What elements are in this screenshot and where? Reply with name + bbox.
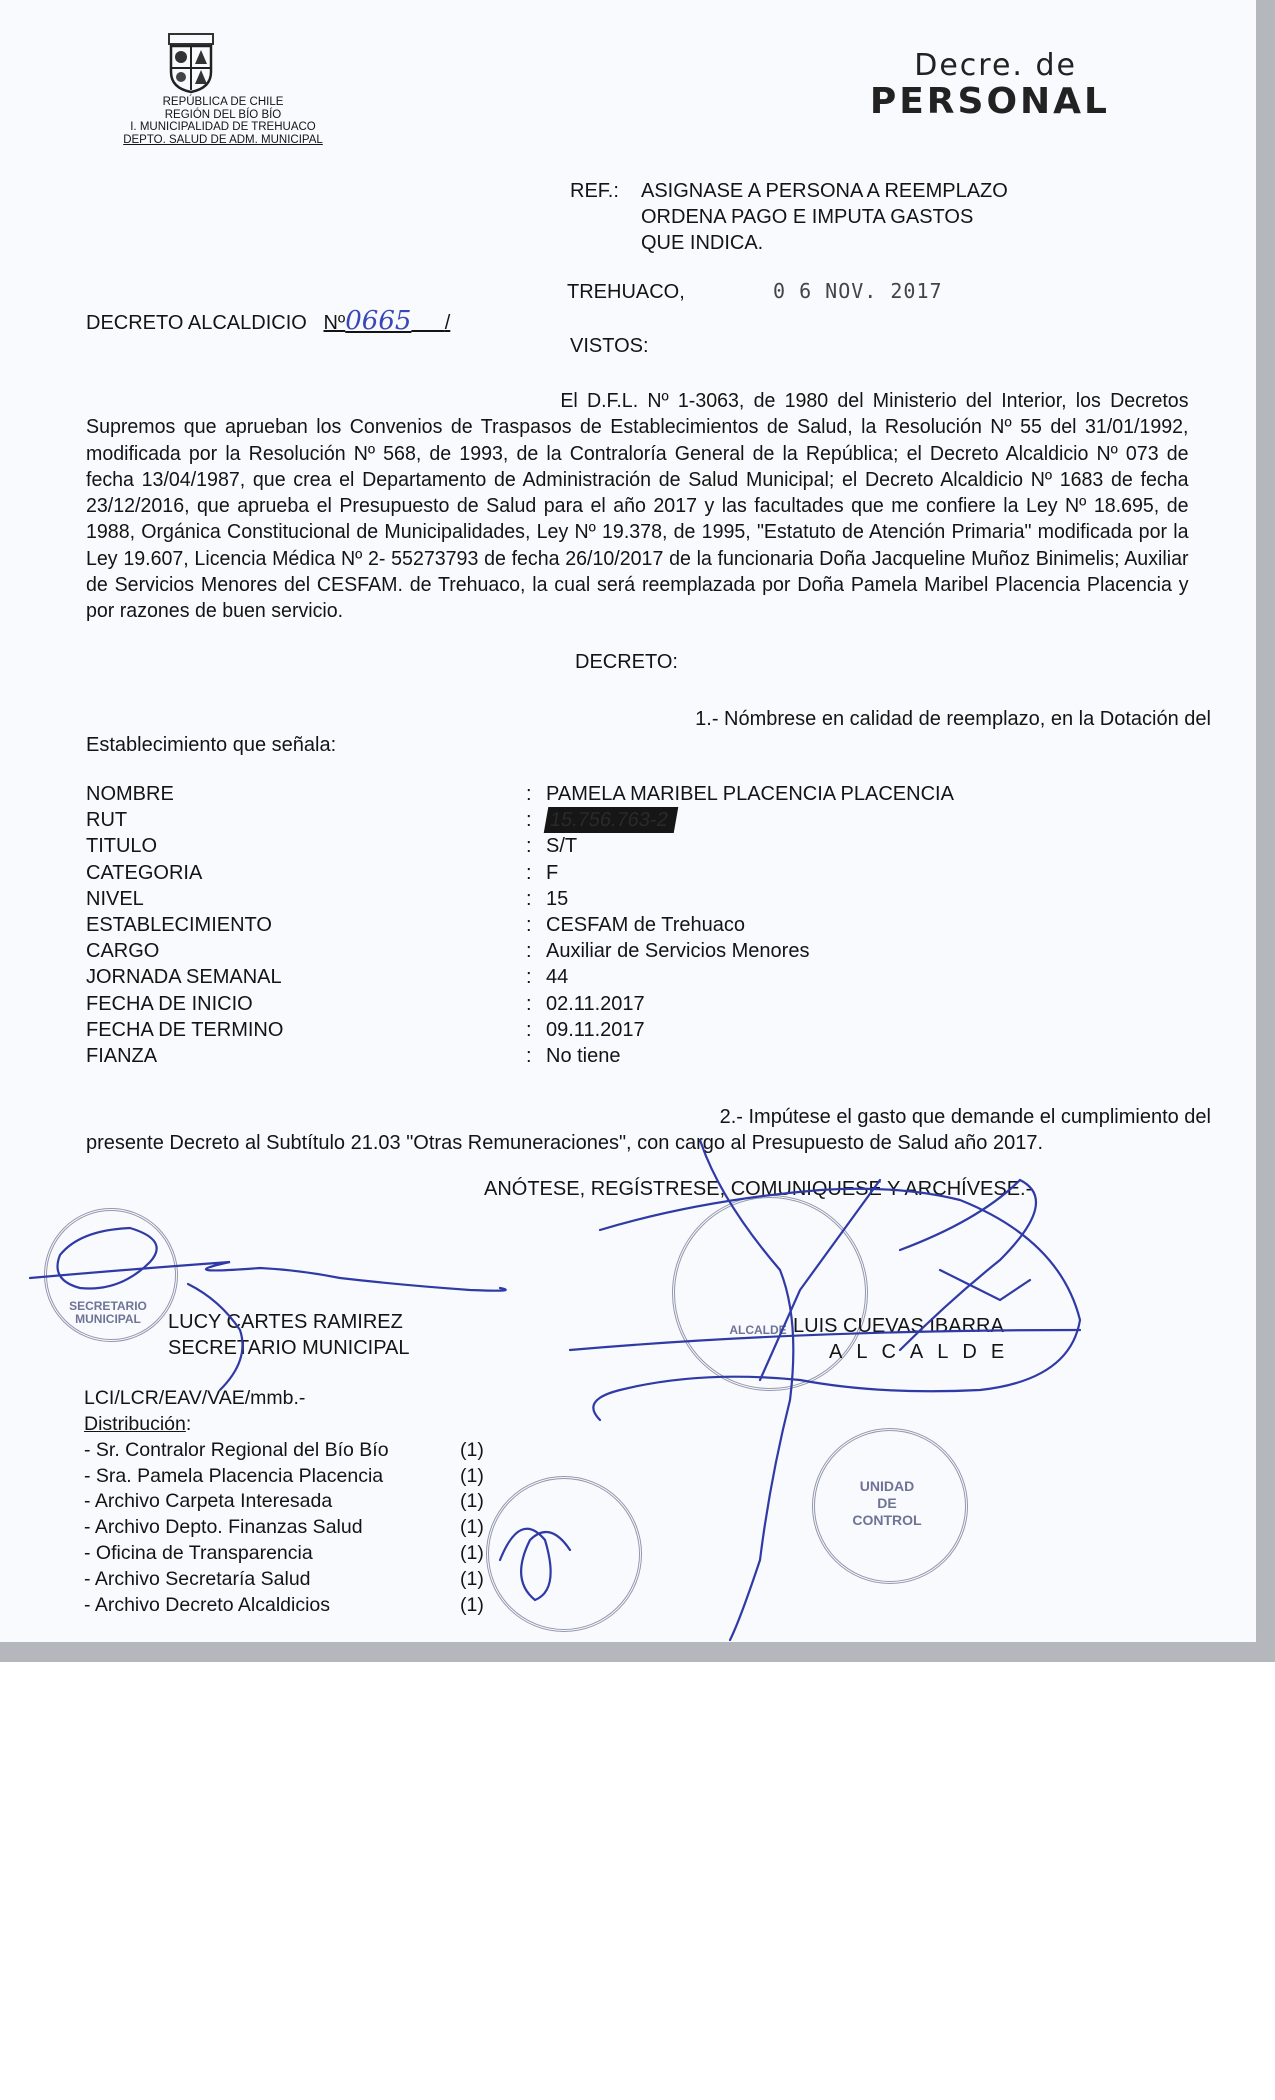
decree-label: DECRETO ALCALDICIO xyxy=(86,312,307,334)
field-row-titulo: TITULO:S/T xyxy=(86,833,954,859)
date-stamp: 0 6 NOV. 2017 xyxy=(773,279,943,303)
vistos-heading: VISTOS: xyxy=(570,335,649,358)
field-row-establecimiento: ESTABLECIMIENTO:CESFAM de Trehuaco xyxy=(86,912,954,938)
distribution-item: - Sr. Contralor Regional del Bío Bío(1) xyxy=(84,1438,484,1464)
number-sign: Nº xyxy=(323,312,345,334)
field-row-categoria: CATEGORIA:F xyxy=(86,860,954,886)
decree-type-stamp: Decre. de PERSONAL xyxy=(850,48,1110,121)
field-label: FECHA DE INICIO xyxy=(86,991,526,1017)
author-initials: LCI/LCR/EAV/VAE/mmb.- xyxy=(84,1387,305,1410)
field-row-cargo: CARGO:Auxiliar de Servicios Menores xyxy=(86,938,954,964)
field-value: 02.11.2017 xyxy=(546,991,645,1017)
stamp-line-2: PERSONAL xyxy=(850,83,1110,121)
item-1-line-2: Establecimiento que señala: xyxy=(86,734,336,756)
reference-block: REF.: ASIGNASE A PERSONA A REEMPLAZO ORD… xyxy=(570,178,1008,256)
item-1-paragraph: 1.- Nómbrese en calidad de reemplazo, en… xyxy=(86,706,1211,759)
field-label: JORNADA SEMANAL xyxy=(86,964,526,990)
field-label: CARGO xyxy=(86,938,526,964)
field-value: F xyxy=(546,860,558,886)
item-1-line-1: 1.- Nómbrese en calidad de reemplazo, en… xyxy=(86,706,1211,732)
mayor-signature-block: LUIS CUEVAS IBARRA ALCALDE xyxy=(793,1313,1018,1365)
handwritten-number: 0665 xyxy=(345,306,411,336)
distribution-item: - Archivo Depto. Finanzas Salud(1) xyxy=(84,1515,484,1541)
field-row-rut: RUT:15.756.763-2 xyxy=(86,807,954,833)
field-label: NOMBRE xyxy=(86,781,526,807)
field-label: TITULO xyxy=(86,833,526,859)
field-value: S/T xyxy=(546,833,577,859)
field-row-fecha-termino: FECHA DE TERMINO:09.11.2017 xyxy=(86,1017,954,1043)
secretary-name: LUCY CARTES RAMIREZ xyxy=(168,1309,410,1335)
number-suffix: / xyxy=(445,312,451,334)
distribution-item: - Archivo Secretaría Salud(1) xyxy=(84,1567,484,1593)
distribution-item: - Sra. Pamela Placencia Placencia(1) xyxy=(84,1464,484,1490)
field-label: RUT xyxy=(86,807,526,833)
coat-of-arms-icon xyxy=(163,32,219,94)
field-label: CATEGORIA xyxy=(86,860,526,886)
distribution-item: - Archivo Carpeta Interesada(1) xyxy=(84,1489,484,1515)
field-label: FIANZA xyxy=(86,1043,526,1069)
reference-line: QUE INDICA. xyxy=(641,230,1008,256)
field-label: NIVEL xyxy=(86,886,526,912)
decreto-heading: DECRETO: xyxy=(575,651,678,674)
mayor-title: ALCALDE xyxy=(793,1339,1018,1365)
field-value: Auxiliar de Servicios Menores xyxy=(546,938,809,964)
field-value: No tiene xyxy=(546,1043,621,1069)
secretary-seal-text: SECRETARIO MUNICIPAL xyxy=(58,1300,158,1326)
field-row-jornada: JORNADA SEMANAL:44 xyxy=(86,964,954,990)
field-label: FECHA DE TERMINO xyxy=(86,1017,526,1043)
letterhead-country: REPÚBLICA DE CHILE xyxy=(100,96,346,109)
distribution-item: - Oficina de Transparencia(1) xyxy=(84,1541,484,1567)
mayor-name: LUIS CUEVAS IBARRA xyxy=(793,1313,1018,1339)
document-page: REPÚBLICA DE CHILE REGIÓN DEL BÍO BÍO I.… xyxy=(0,0,1256,1642)
legal-advisor-seal xyxy=(486,1476,642,1632)
field-label: ESTABLECIMIENTO xyxy=(86,912,526,938)
distribution-item: - Archivo Decreto Alcaldicios(1) xyxy=(84,1593,484,1619)
field-row-nombre: NOMBRE:PAMELA MARIBEL PLACENCIA PLACENCI… xyxy=(86,781,954,807)
field-value: 15 xyxy=(546,886,568,912)
item-2-line-2: presente Decreto al Subtítulo 21.03 "Otr… xyxy=(86,1132,1043,1154)
letterhead-department: DEPTO. SALUD DE ADM. MUNICIPAL xyxy=(100,134,346,147)
mayor-seal-text: ALCALDE xyxy=(718,1323,798,1337)
reference-line: ASIGNASE A PERSONA A REEMPLAZO xyxy=(641,178,1008,204)
item-2-line-1: 2.- Impútese el gasto que demande el cum… xyxy=(86,1104,1211,1130)
item-2-paragraph: 2.- Impútese el gasto que demande el cum… xyxy=(86,1104,1211,1157)
field-value: 09.11.2017 xyxy=(546,1017,645,1043)
place: TREHUACO, xyxy=(567,281,685,304)
secretary-signature-block: LUCY CARTES RAMIREZ SECRETARIO MUNICIPAL xyxy=(168,1309,410,1361)
field-row-fecha-inicio: FECHA DE INICIO:02.11.2017 xyxy=(86,991,954,1017)
stamp-line-1: Decre. de xyxy=(850,48,1077,83)
field-value: CESFAM de Trehuaco xyxy=(546,912,745,938)
vistos-paragraph: El D.F.L. Nº 1-3063, de 1980 del Ministe… xyxy=(86,388,1189,625)
letterhead-municipality: I. MUNICIPALIDAD DE TREHUACO xyxy=(100,121,346,134)
field-row-nivel: NIVEL:15 xyxy=(86,886,954,912)
distribution-heading: Distribución xyxy=(84,1413,186,1435)
letterhead-region: REGIÓN DEL BÍO BÍO xyxy=(100,109,346,122)
appointment-fields: NOMBRE:PAMELA MARIBEL PLACENCIA PLACENCI… xyxy=(86,781,954,1069)
decree-number: DECRETO ALCALDICIO Nº0665 / xyxy=(86,306,450,336)
distribution-list: Distribución: - Sr. Contralor Regional d… xyxy=(84,1412,484,1618)
reference-label: REF.: xyxy=(570,178,641,204)
field-value: 44 xyxy=(546,964,568,990)
field-row-fianza: FIANZA:No tiene xyxy=(86,1043,954,1069)
letterhead: REPÚBLICA DE CHILE REGIÓN DEL BÍO BÍO I.… xyxy=(100,96,346,146)
secretary-title: SECRETARIO MUNICIPAL xyxy=(168,1335,410,1361)
field-value: PAMELA MARIBEL PLACENCIA PLACENCIA xyxy=(546,781,954,807)
control-unit-seal-text: UNIDAD DE CONTROL xyxy=(847,1478,927,1529)
reference-line: ORDENA PAGO E IMPUTA GASTOS xyxy=(641,204,1008,230)
redacted-rut: 15.756.763-2 xyxy=(544,807,679,833)
